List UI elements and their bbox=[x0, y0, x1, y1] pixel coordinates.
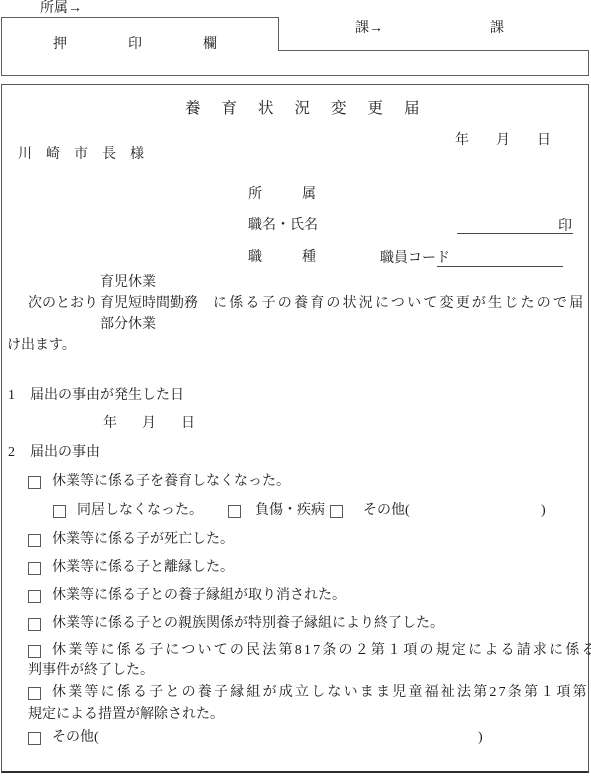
addressee: 川崎市長様 bbox=[18, 147, 158, 162]
employee-code-field[interactable] bbox=[437, 250, 563, 267]
month-label: 月 bbox=[142, 412, 156, 432]
affiliation-arrow-label: 所属→ bbox=[40, 1, 82, 16]
item-label: 休業等に係る子との養子縁組が成立しないまま児童福祉法第27条第１項第３号の bbox=[52, 685, 591, 700]
sub-item-label: 負傷・疾病 bbox=[255, 503, 325, 518]
item-label: 休業等に係る子についての民法第817条の２第１項の規定による請求に係る家事審 bbox=[52, 643, 591, 658]
item-label-line2: 規定による措置が解除された。 bbox=[28, 707, 224, 722]
sub-item-label: 同居しなくなった。 bbox=[77, 503, 203, 518]
name-seal-field[interactable]: 印 bbox=[457, 217, 573, 234]
section1-date-line[interactable]: 年 月 日 bbox=[103, 412, 195, 432]
year-label: 年 bbox=[455, 129, 469, 149]
item-close-paren: ) bbox=[478, 730, 483, 745]
leave-option-shortened-hours[interactable]: 育児短時間勤務 bbox=[100, 296, 198, 311]
section-label: 課 bbox=[490, 21, 504, 36]
checkbox-no-longer-cohabiting[interactable] bbox=[53, 505, 66, 518]
stamp-box-title: 押印欄 bbox=[53, 37, 278, 52]
affiliation-field-label: 所属 bbox=[248, 187, 356, 202]
year-label: 年 bbox=[103, 412, 117, 432]
form-page: 所属→ 押印欄 課→ 課 養育状況変更届 年 月 日 川崎市長様 所属 職名・氏… bbox=[0, 0, 591, 776]
header-date-line[interactable]: 年 月 日 bbox=[455, 129, 551, 149]
stamp-box-left-border bbox=[1, 17, 2, 76]
job-type-field-label: 職種 bbox=[248, 250, 356, 265]
item-label: その他( bbox=[52, 730, 99, 745]
checkbox-other[interactable] bbox=[28, 732, 41, 745]
checkbox-special-adoption-ended[interactable] bbox=[28, 618, 41, 631]
checkbox-adoption-dissolved[interactable] bbox=[28, 562, 41, 575]
stamp-box-step-border bbox=[278, 17, 279, 51]
leave-option-partial-leave[interactable]: 部分休業 bbox=[100, 317, 156, 332]
item-label: 休業等に係る子との親族関係が特別養子縁組により終了した。 bbox=[52, 616, 444, 631]
name-field-label: 職名・氏名 bbox=[248, 218, 318, 233]
sub-item-label: その他( bbox=[363, 503, 410, 518]
stamp-box-top-right-border bbox=[278, 50, 589, 51]
section2-number: 2 bbox=[8, 445, 15, 460]
section2-title: 届出の事由 bbox=[30, 445, 100, 460]
section-from-label: 課→ bbox=[355, 21, 383, 36]
statement-body-tail: け出ます。 bbox=[7, 338, 76, 353]
stamp-box-top-border bbox=[1, 17, 279, 18]
checkbox-no-longer-caring[interactable] bbox=[28, 476, 41, 489]
day-label: 日 bbox=[181, 412, 195, 432]
leave-option-childcare-leave[interactable]: 育児休業 bbox=[100, 275, 156, 290]
month-label: 月 bbox=[496, 129, 510, 149]
stamp-box-right-border bbox=[588, 50, 589, 76]
item-label: 休業等に係る子との養子縁組が取り消された。 bbox=[52, 588, 346, 603]
checkbox-adoption-not-formed-measure-lifted[interactable] bbox=[28, 687, 41, 700]
checkbox-adoption-revoked[interactable] bbox=[28, 590, 41, 603]
item-label: 休業等に係る子が死亡した。 bbox=[52, 532, 234, 547]
checkbox-injury-illness[interactable] bbox=[228, 505, 241, 518]
statement-body: に係る子の養育の状況について変更が生じたので届 bbox=[213, 296, 585, 311]
item-label: 休業等に係る子と離縁した。 bbox=[52, 560, 234, 575]
statement-prefix: 次のとおり bbox=[28, 296, 98, 311]
stamp-box-bottom-border bbox=[1, 75, 589, 76]
section1-number: 1 bbox=[8, 388, 15, 403]
sub-item-close-paren: ) bbox=[541, 503, 546, 518]
seal-label: 印 bbox=[558, 219, 573, 234]
checkbox-sub-other[interactable] bbox=[330, 505, 343, 518]
form-title: 養育状況変更届 bbox=[185, 100, 441, 117]
checkbox-child-died[interactable] bbox=[28, 534, 41, 547]
checkbox-civil-code-817-case-ended[interactable] bbox=[28, 645, 41, 658]
section1-title: 届出の事由が発生した日 bbox=[30, 388, 184, 403]
day-label: 日 bbox=[537, 129, 551, 149]
item-label: 休業等に係る子を養育しなくなった。 bbox=[52, 474, 290, 489]
item-label-line2: 判事件が終了した。 bbox=[28, 663, 154, 678]
